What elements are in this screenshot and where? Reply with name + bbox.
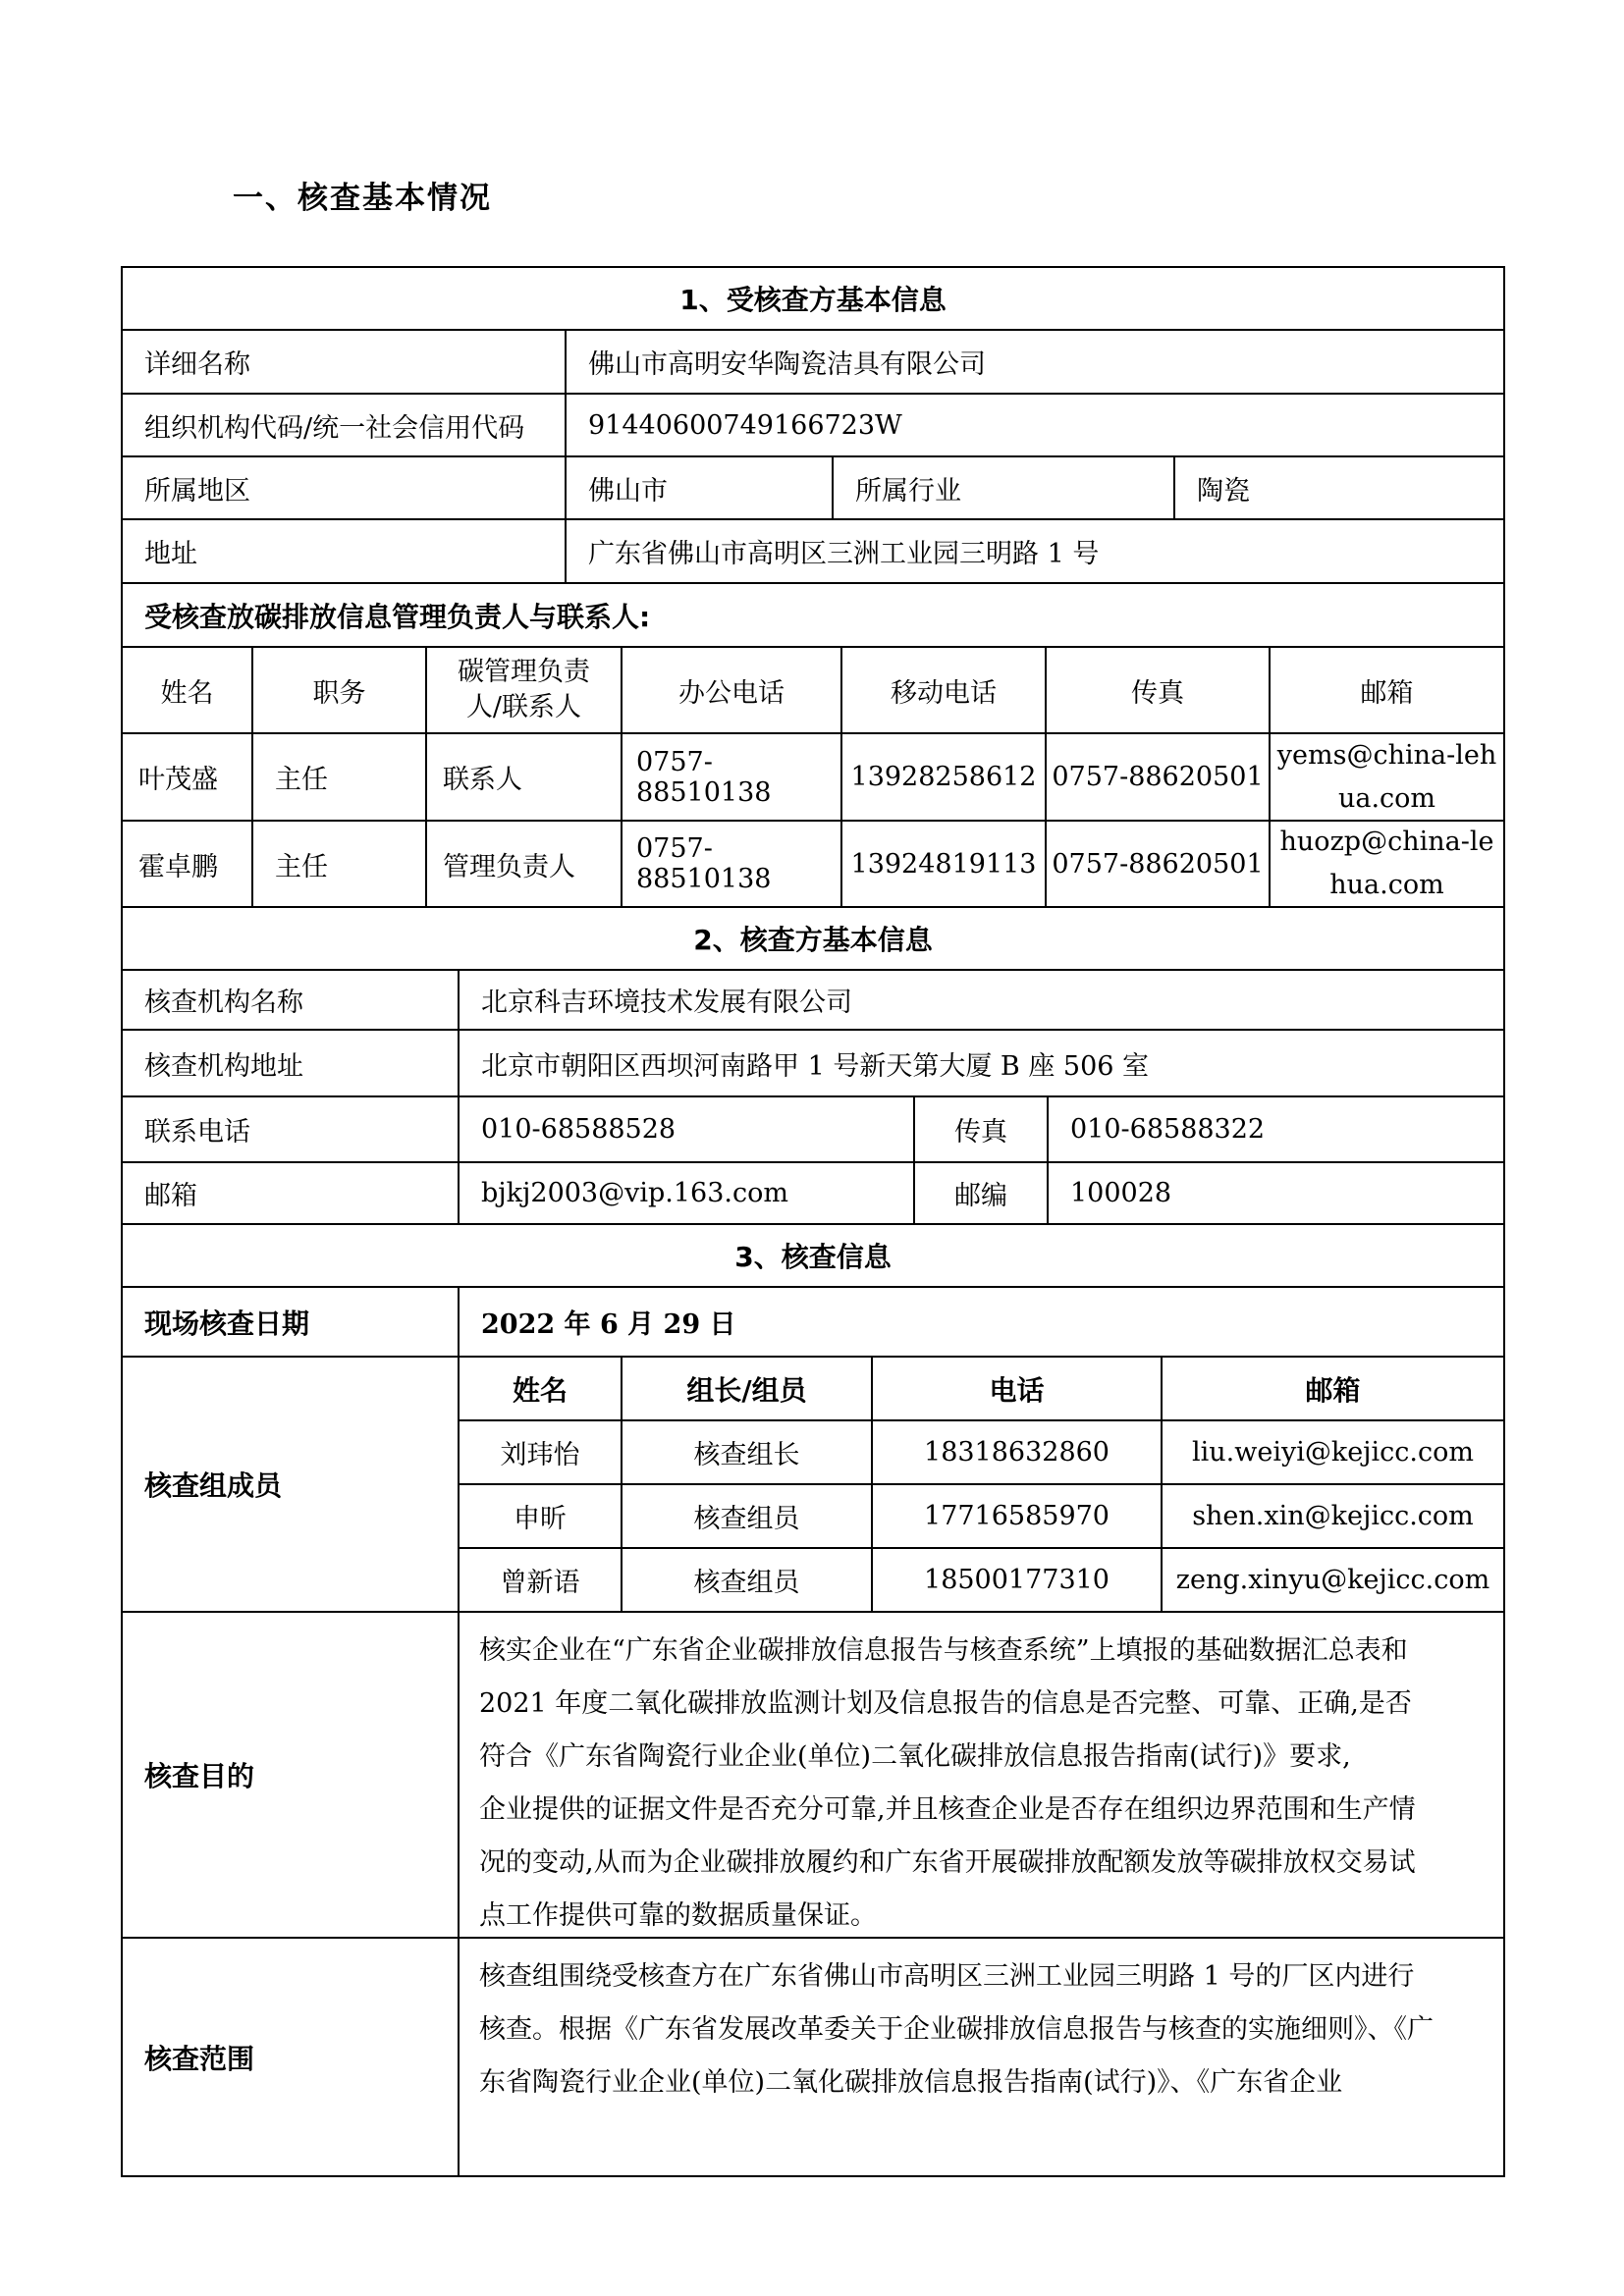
- contact-role: 联系人: [425, 734, 621, 822]
- contact-fax: 0757-88620501: [1045, 734, 1269, 822]
- verifier-phone-value: 010-68588528: [458, 1097, 913, 1163]
- team-member-row: 申昕 核查组员 17716585970 shen.xin@kejicc.com: [460, 1485, 1503, 1549]
- team-member-phone: 18318632860: [871, 1421, 1161, 1485]
- team-header-phone: 电话: [871, 1358, 1161, 1421]
- verifier-zip-label: 邮编: [913, 1163, 1047, 1225]
- verifier-email-row: 邮箱 bjkj2003@vip.163.com 邮编 100028: [123, 1163, 1503, 1225]
- contact-row: 叶茂盛 主任 联系人 0757-88510138 13928258612 075…: [123, 734, 1503, 822]
- scope-line: 核查。根据《广东省发展改革委关于企业碳排放信息报告与核查的实施细则》、《广: [479, 2003, 1484, 2056]
- purpose-line: 核实企业在“广东省企业碳排放信息报告与核查系统”上填报的基础数据汇总表和: [479, 1625, 1484, 1678]
- team-member-phone: 17716585970: [871, 1485, 1161, 1549]
- org-code-label: 组织机构代码/统一社会信用代码: [123, 395, 565, 457]
- verifier-zip-value: 100028: [1047, 1163, 1503, 1225]
- verifier-email-label: 邮箱: [123, 1163, 458, 1225]
- purpose-row: 核查目的 核实企业在“广东省企业碳排放信息报告与核查系统”上填报的基础数据汇总表…: [123, 1613, 1503, 1939]
- contact-name: 霍卓鹏: [123, 822, 251, 908]
- region-industry-row: 所属地区 佛山市 所属行业 陶瓷: [123, 457, 1503, 520]
- org-code-value: 91440600749166723W: [565, 395, 1503, 457]
- team-member-role: 核查组员: [621, 1549, 871, 1611]
- team-member-email: liu.weiyi@kejicc.com: [1161, 1421, 1503, 1485]
- section2-header-row: 2、核查方基本信息: [123, 908, 1503, 971]
- team-header-name: 姓名: [460, 1358, 621, 1421]
- team-header-role: 组长/组员: [621, 1358, 871, 1421]
- page-title: 一、核查基本情况: [233, 173, 492, 217]
- team-header-email: 邮箱: [1161, 1358, 1503, 1421]
- contact-header-row: 姓名 职务 碳管理负责 人/联系人 办公电话 移动电话 传真 邮箱: [123, 648, 1503, 734]
- contact-header-name: 姓名: [123, 648, 251, 734]
- section1-header-row: 1、受核查方基本信息: [123, 268, 1503, 331]
- team-member-email: zeng.xinyu@kejicc.com: [1161, 1549, 1503, 1611]
- contact-email: huozp@china-lehua.com: [1269, 822, 1503, 908]
- document-page: 一、核查基本情况 1、受核查方基本信息 详细名称 佛山市高明安华陶瓷洁具有限公司…: [0, 0, 1624, 2296]
- org-code-row: 组织机构代码/统一社会信用代码 91440600749166723W: [123, 395, 1503, 457]
- verifier-phone-row: 联系电话 010-68588528 传真 010-68588322: [123, 1097, 1503, 1163]
- contact-email: yems@china-lehua.com: [1269, 734, 1503, 822]
- team-member-name: 曾新语: [460, 1549, 621, 1611]
- team-row: 核查组成员 姓名 组长/组员 电话 邮箱 刘玮怡 核查组长 1831863286…: [123, 1358, 1503, 1613]
- contact-title: 主任: [251, 734, 425, 822]
- verifier-fax-value: 010-68588322: [1047, 1097, 1503, 1163]
- verifier-email-value: bjkj2003@vip.163.com: [458, 1163, 913, 1225]
- address-value: 广东省佛山市高明区三洲工业园三明路 1 号: [565, 520, 1503, 584]
- contact-role: 管理负责人: [425, 822, 621, 908]
- contact-section-title-row: 受核查放碳排放信息管理负责人与联系人:: [123, 584, 1503, 648]
- purpose-line: 2021 年度二氧化碳排放监测计划及信息报告的信息是否完整、可靠、正确,是否: [479, 1678, 1484, 1731]
- address-row: 地址 广东省佛山市高明区三洲工业园三明路 1 号: [123, 520, 1503, 584]
- verification-table: 1、受核查方基本信息 详细名称 佛山市高明安华陶瓷洁具有限公司 组织机构代码/统…: [121, 266, 1505, 2177]
- verifier-name-label: 核查机构名称: [123, 971, 458, 1031]
- site-date-row: 现场核查日期 2022 年 6 月 29 日: [123, 1288, 1503, 1358]
- site-date-label: 现场核查日期: [123, 1288, 458, 1358]
- team-member-row: 刘玮怡 核查组长 18318632860 liu.weiyi@kejicc.co…: [460, 1421, 1503, 1485]
- contact-office-phone: 0757-88510138: [621, 822, 840, 908]
- address-label: 地址: [123, 520, 565, 584]
- verifier-address-row: 核查机构地址 北京市朝阳区西坝河南路甲 1 号新天第大厦 B 座 506 室: [123, 1031, 1503, 1097]
- scope-line: 东省陶瓷行业企业(单位)二氧化碳排放信息报告指南(试行)》、《广东省企业: [479, 2056, 1484, 2109]
- team-header-row: 姓名 组长/组员 电话 邮箱: [460, 1358, 1503, 1421]
- detail-name-row: 详细名称 佛山市高明安华陶瓷洁具有限公司: [123, 331, 1503, 395]
- section1-header: 1、受核查方基本信息: [123, 268, 1503, 331]
- verifier-name-row: 核查机构名称 北京科吉环境技术发展有限公司: [123, 971, 1503, 1031]
- purpose-line: 点工作提供可靠的数据质量保证。: [479, 1890, 1484, 1939]
- contact-office-phone: 0757-88510138: [621, 734, 840, 822]
- detail-name-label: 详细名称: [123, 331, 565, 395]
- purpose-line: 企业提供的证据文件是否充分可靠,并且核查企业是否存在组织边界范围和生产情: [479, 1784, 1484, 1837]
- section3-header: 3、核查信息: [123, 1225, 1503, 1288]
- contact-fax: 0757-88620501: [1045, 822, 1269, 908]
- team-member-row: 曾新语 核查组员 18500177310 zeng.xinyu@kejicc.c…: [460, 1549, 1503, 1611]
- team-label: 核查组成员: [123, 1358, 458, 1613]
- industry-label: 所属行业: [832, 457, 1173, 520]
- region-value: 佛山市: [565, 457, 832, 520]
- section3-header-row: 3、核查信息: [123, 1225, 1503, 1288]
- contact-header-mobile: 移动电话: [840, 648, 1045, 734]
- contact-header-fax: 传真: [1045, 648, 1269, 734]
- team-table: 姓名 组长/组员 电话 邮箱 刘玮怡 核查组长 18318632860 liu.…: [458, 1358, 1503, 1613]
- contact-row: 霍卓鹏 主任 管理负责人 0757-88510138 13924819113 0…: [123, 822, 1503, 908]
- contact-header-role: 碳管理负责 人/联系人: [425, 648, 621, 734]
- contact-name: 叶茂盛: [123, 734, 251, 822]
- contact-mobile-phone: 13928258612: [840, 734, 1045, 822]
- scope-line: 核查组围绕受核查方在广东省佛山市高明区三洲工业园三明路 1 号的厂区内进行: [479, 1950, 1484, 2003]
- verifier-name-value: 北京科吉环境技术发展有限公司: [458, 971, 1503, 1031]
- contact-header-email: 邮箱: [1269, 648, 1503, 734]
- scope-row: 核查范围 核查组围绕受核查方在广东省佛山市高明区三洲工业园三明路 1 号的厂区内…: [123, 1939, 1503, 2175]
- contact-header-office: 办公电话: [621, 648, 840, 734]
- scope-text: 核查组围绕受核查方在广东省佛山市高明区三洲工业园三明路 1 号的厂区内进行 核查…: [458, 1939, 1503, 2175]
- section2-header: 2、核查方基本信息: [123, 908, 1503, 971]
- scope-label: 核查范围: [123, 1939, 458, 2175]
- purpose-line: 况的变动,从而为企业碳排放履约和广东省开展碳排放配额发放等碳排放权交易试: [479, 1837, 1484, 1890]
- purpose-label: 核查目的: [123, 1613, 458, 1939]
- verifier-address-value: 北京市朝阳区西坝河南路甲 1 号新天第大厦 B 座 506 室: [458, 1031, 1503, 1097]
- team-member-role: 核查组长: [621, 1421, 871, 1485]
- verifier-address-label: 核查机构地址: [123, 1031, 458, 1097]
- site-date-value: 2022 年 6 月 29 日: [458, 1288, 1503, 1358]
- industry-value: 陶瓷: [1173, 457, 1503, 520]
- region-label: 所属地区: [123, 457, 565, 520]
- contact-mobile-phone: 13924819113: [840, 822, 1045, 908]
- team-member-phone: 18500177310: [871, 1549, 1161, 1611]
- detail-name-value: 佛山市高明安华陶瓷洁具有限公司: [565, 331, 1503, 395]
- team-member-name: 刘玮怡: [460, 1421, 621, 1485]
- team-member-email: shen.xin@kejicc.com: [1161, 1485, 1503, 1549]
- verifier-fax-label: 传真: [913, 1097, 1047, 1163]
- verifier-phone-label: 联系电话: [123, 1097, 458, 1163]
- contact-title: 主任: [251, 822, 425, 908]
- purpose-line: 符合《广东省陶瓷行业企业(单位)二氧化碳排放信息报告指南(试行)》要求,: [479, 1731, 1484, 1784]
- purpose-text: 核实企业在“广东省企业碳排放信息报告与核查系统”上填报的基础数据汇总表和 202…: [458, 1613, 1503, 1939]
- contact-section-title: 受核查放碳排放信息管理负责人与联系人:: [123, 584, 1503, 648]
- team-member-name: 申昕: [460, 1485, 621, 1549]
- contact-header-title: 职务: [251, 648, 425, 734]
- team-member-role: 核查组员: [621, 1485, 871, 1549]
